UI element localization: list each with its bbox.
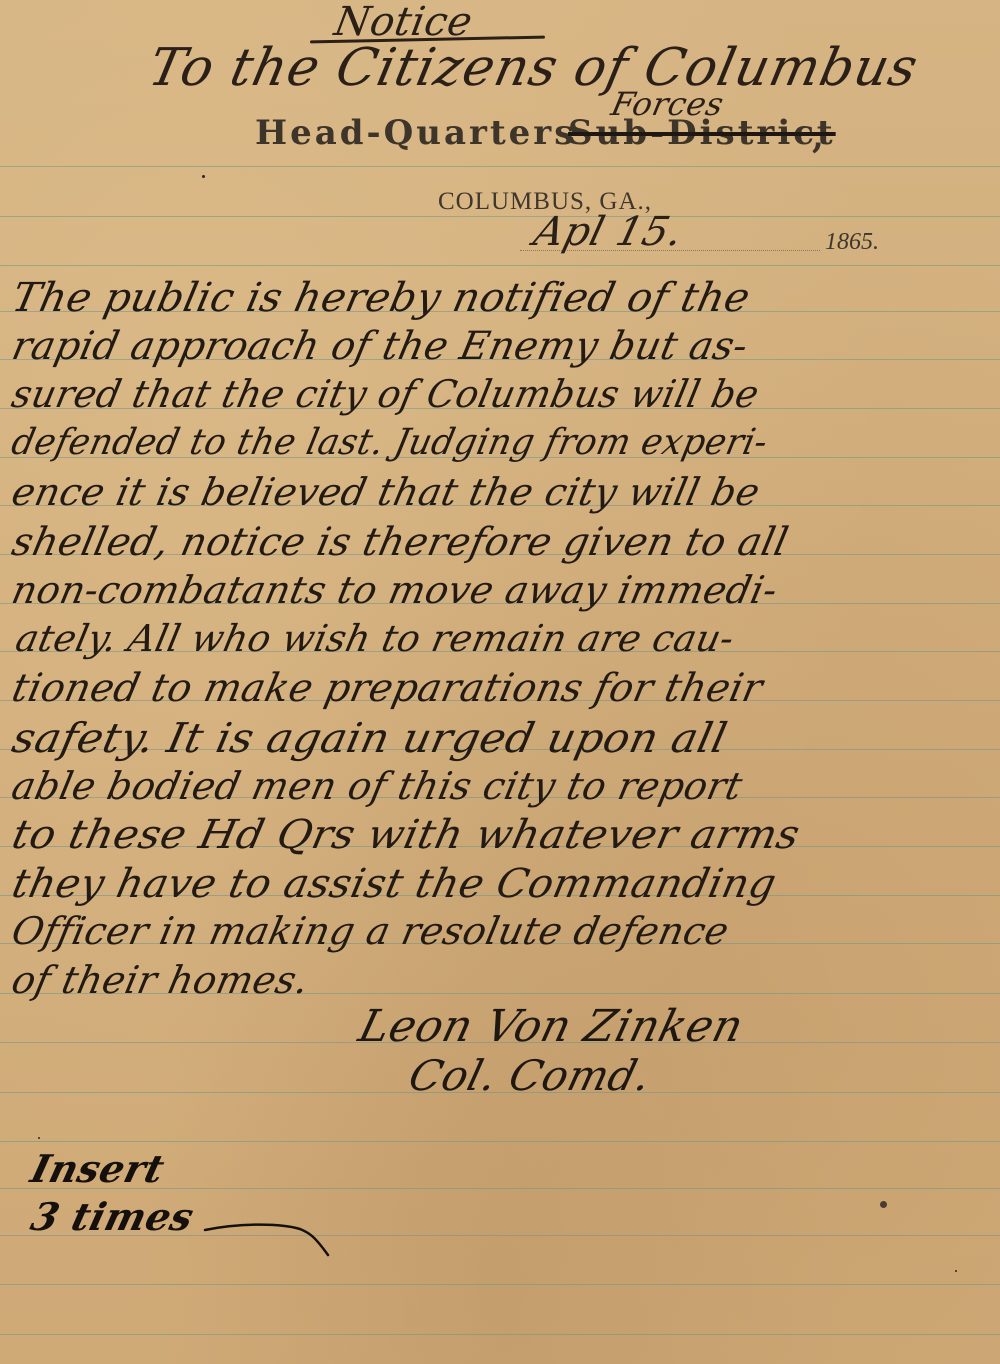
- margin-note-insert: Insert: [27, 1150, 168, 1188]
- body-line: to these Hd Qrs with whatever arms: [8, 812, 804, 858]
- body-line: The public is hereby notified of the: [8, 275, 754, 321]
- letterhead-comma: ,: [812, 120, 827, 154]
- notice-heading: Notice: [331, 2, 475, 42]
- body-line: tioned to make preparations for their: [8, 666, 767, 711]
- letterhead-sub-district-struck: Sub-District: [568, 113, 836, 153]
- year-printed: 1865.: [825, 230, 879, 254]
- body-line: non-combatants to move away immedi-: [8, 568, 782, 612]
- signature-title: Col. Comd.: [405, 1055, 656, 1097]
- ink-speck: [38, 1137, 40, 1139]
- letterhead: Head-Quarters: [255, 116, 576, 150]
- body-line: Officer in making a resolute defence: [8, 909, 733, 953]
- handwritten-notice-page: Notice To the Citizens of Columbus Force…: [0, 0, 1000, 1364]
- body-line: defended to the last. Judging from exper…: [8, 422, 771, 463]
- body-line: of their homes.: [8, 958, 313, 1002]
- signature-name: Leon Von Zinken: [355, 1005, 748, 1049]
- ink-speck: [202, 175, 205, 178]
- margin-note-times: 3 times: [27, 1198, 197, 1236]
- margin-note-flourish: [200, 1215, 340, 1265]
- date-dotted-line: [520, 250, 820, 251]
- address-line: To the Citizens of Columbus: [144, 42, 922, 94]
- body-line: rapid approach of the Enemy but as-: [8, 324, 752, 369]
- ink-speck: [955, 1270, 957, 1272]
- letterhead-struck: Sub-District: [568, 116, 836, 150]
- letterhead-headquarters: Head-Quarters: [255, 113, 576, 153]
- body-line: safety. It is again urged upon all: [8, 714, 731, 762]
- body-line: ence it is believed that the city will b…: [8, 470, 764, 514]
- date-handwritten: Apl 15.: [530, 212, 687, 252]
- body-line: able bodied men of this city to report: [8, 764, 746, 808]
- body-line: ately. All who wish to remain are cau-: [12, 617, 738, 660]
- body-line: shelled, notice is therefore given to al…: [8, 520, 792, 565]
- body-line: they have to assist the Commanding: [8, 861, 780, 907]
- ink-speck: [880, 1201, 887, 1208]
- body-line: sured that the city of Columbus will be: [8, 372, 763, 416]
